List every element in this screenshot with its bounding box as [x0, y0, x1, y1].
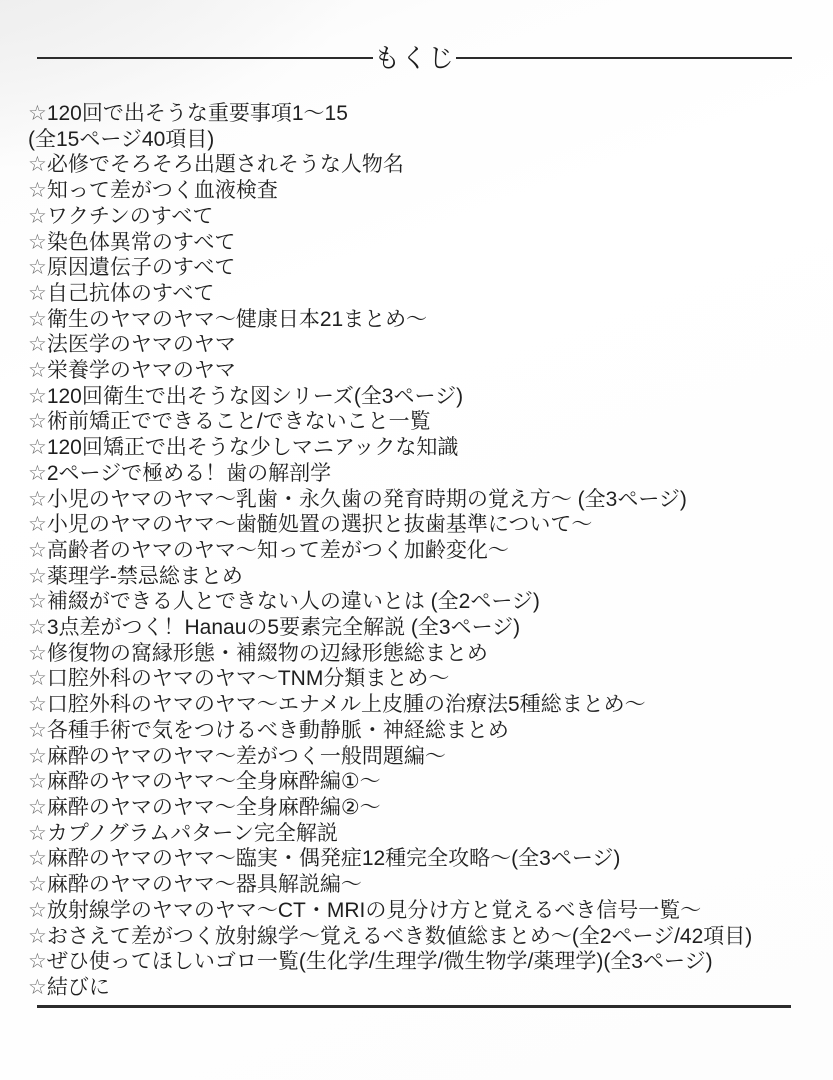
toc-item: ☆自己抗体のすべて	[28, 281, 823, 307]
star-icon: ☆	[28, 333, 47, 356]
toc-item: ☆おさえて差がつく放射線学〜覚えるべき数値総まとめ〜(全2ページ/42項目)	[28, 924, 823, 950]
toc-item-text: 染色体異常のすべて	[47, 231, 236, 254]
toc-item: ☆結びに	[28, 975, 823, 1001]
toc-item-text: 口腔外科のヤマのヤマ〜エナメル上皮腫の治療法5種総まとめ〜	[47, 693, 646, 716]
star-icon: ☆	[28, 308, 47, 331]
toc-item: ☆知って差がつく血液検査	[28, 178, 823, 204]
toc-item-text: 120回矯正で出そうな少しマニアックな知識	[47, 436, 459, 459]
toc-item-text: 放射線学のヤマのヤマ〜CT・MRIの見分け方と覚えるべき信号一覧〜	[47, 899, 701, 922]
star-icon: ☆	[28, 745, 47, 768]
star-icon: ☆	[28, 693, 47, 716]
toc-item: ☆120回衛生で出そうな図シリーズ(全3ページ)	[28, 384, 823, 410]
toc-item-text: 高齢者のヤマのヤマ〜知って差がつく加齢変化〜	[47, 539, 509, 562]
toc-item: ☆必修でそろそろ出題されそうな人物名	[28, 152, 823, 178]
toc-item: (全15ページ40項目)	[28, 127, 823, 153]
toc-item-text: 知って差がつく血液検査	[47, 179, 278, 202]
toc-item: ☆ぜひ使ってほしいゴロ一覧(生化学/生理学/微生物学/薬理学)(全3ページ)	[28, 949, 823, 975]
toc-item-text: 小児のヤマのヤマ〜乳歯・永久歯の発育時期の覚え方〜 (全3ページ)	[47, 488, 687, 511]
toc-item: ☆小児のヤマのヤマ〜歯髄処置の選択と抜歯基準について〜	[28, 512, 823, 538]
toc-item-text: ワクチンのすべて	[47, 205, 214, 228]
toc-item-text: 栄養学のヤマのヤマ	[47, 359, 236, 382]
toc-item-text: 小児のヤマのヤマ〜歯髄処置の選択と抜歯基準について〜	[47, 513, 593, 536]
toc-item: ☆麻酔のヤマのヤマ〜差がつく一般問題編〜	[28, 744, 823, 770]
toc-item: ☆麻酔のヤマのヤマ〜全身麻酔編②〜	[28, 795, 823, 821]
star-icon: ☆	[28, 796, 47, 819]
toc-item: ☆原因遺伝子のすべて	[28, 255, 823, 281]
toc-item-text: (全15ページ40項目)	[28, 128, 214, 151]
toc-item-text: 麻酔のヤマのヤマ〜臨実・偶発症12種完全攻略〜(全3ページ)	[47, 847, 621, 870]
star-icon: ☆	[28, 385, 47, 408]
toc-page: もくじ ☆120回で出そうな重要事項1〜15 (全15ページ40項目) ☆必修で…	[0, 0, 833, 1080]
toc-item-text: 自己抗体のすべて	[47, 282, 215, 305]
divider-line-left	[37, 57, 373, 59]
star-icon: ☆	[28, 256, 47, 279]
toc-item-text: 原因遺伝子のすべて	[47, 256, 236, 279]
star-icon: ☆	[28, 179, 47, 202]
toc-item: ☆麻酔のヤマのヤマ〜全身麻酔編①〜	[28, 769, 823, 795]
toc-item: ☆各種手術で気をつけるべき動静脈・神経総まとめ	[28, 718, 823, 744]
toc-item: ☆3点差がつく！Hanauの5要素完全解説 (全3ページ)	[28, 615, 823, 641]
toc-item: ☆衛生のヤマのヤマ〜健康日本21まとめ〜	[28, 307, 823, 333]
star-icon: ☆	[28, 153, 47, 176]
toc-item: ☆高齢者のヤマのヤマ〜知って差がつく加齢変化〜	[28, 538, 823, 564]
toc-item: ☆カプノグラムパターン完全解説	[28, 821, 823, 847]
toc-item-text: ぜひ使ってほしいゴロ一覧(生化学/生理学/微生物学/薬理学)(全3ページ)	[47, 950, 713, 973]
toc-item-text: おさえて差がつく放射線学〜覚えるべき数値総まとめ〜(全2ページ/42項目)	[47, 925, 752, 948]
toc-item-text: 修復物の窩縁形態・補綴物の辺縁形態総まとめ	[47, 642, 488, 665]
toc-item-text: 120回で出そうな重要事項1〜15	[47, 102, 348, 125]
star-icon: ☆	[28, 539, 47, 562]
toc-item: ☆120回で出そうな重要事項1〜15	[28, 101, 823, 127]
toc-item-text: カプノグラムパターン完全解説	[47, 822, 338, 845]
star-icon: ☆	[28, 616, 47, 639]
star-icon: ☆	[28, 899, 47, 922]
toc-item: ☆修復物の窩縁形態・補綴物の辺縁形態総まとめ	[28, 641, 823, 667]
header-divider: もくじ	[37, 44, 792, 72]
star-icon: ☆	[28, 282, 47, 305]
footer-divider	[37, 1005, 791, 1008]
star-icon: ☆	[28, 565, 47, 588]
toc-item: ☆補綴ができる人とできない人の違いとは (全2ページ)	[28, 589, 823, 615]
toc-item: ☆小児のヤマのヤマ〜乳歯・永久歯の発育時期の覚え方〜 (全3ページ)	[28, 487, 823, 513]
toc-item: ☆放射線学のヤマのヤマ〜CT・MRIの見分け方と覚えるべき信号一覧〜	[28, 898, 823, 924]
toc-item: ☆薬理学-禁忌総まとめ	[28, 564, 823, 590]
toc-item-text: 必修でそろそろ出題されそうな人物名	[47, 153, 404, 176]
star-icon: ☆	[28, 205, 47, 228]
toc-item-text: 薬理学-禁忌総まとめ	[47, 565, 243, 588]
toc-item: ☆2ページで極める！歯の解剖学	[28, 461, 823, 487]
divider-line-right	[456, 57, 792, 59]
toc-item: ☆麻酔のヤマのヤマ〜器具解説編〜	[28, 872, 823, 898]
toc-item-text: 補綴ができる人とできない人の違いとは (全2ページ)	[47, 590, 540, 613]
star-icon: ☆	[28, 976, 47, 999]
star-icon: ☆	[28, 590, 47, 613]
toc-item-text: 衛生のヤマのヤマ〜健康日本21まとめ〜	[47, 308, 427, 331]
toc-item-text: 口腔外科のヤマのヤマ〜TNM分類まとめ〜	[47, 667, 450, 690]
toc-item: ☆120回矯正で出そうな少しマニアックな知識	[28, 435, 823, 461]
star-icon: ☆	[28, 950, 47, 973]
toc-item-text: 麻酔のヤマのヤマ〜全身麻酔編②〜	[47, 796, 381, 819]
toc-item: ☆口腔外科のヤマのヤマ〜エナメル上皮腫の治療法5種総まとめ〜	[28, 692, 823, 718]
toc-item-text: 術前矯正でできること/できないこと一覧	[47, 410, 431, 433]
star-icon: ☆	[28, 462, 47, 485]
star-icon: ☆	[28, 667, 47, 690]
toc-item-text: 麻酔のヤマのヤマ〜全身麻酔編①〜	[47, 770, 381, 793]
toc-item-text: 120回衛生で出そうな図シリーズ(全3ページ)	[47, 385, 463, 408]
star-icon: ☆	[28, 719, 47, 742]
toc-item: ☆術前矯正でできること/できないこと一覧	[28, 409, 823, 435]
toc-list: ☆120回で出そうな重要事項1〜15 (全15ページ40項目) ☆必修でそろそろ…	[28, 101, 823, 1001]
star-icon: ☆	[28, 770, 47, 793]
toc-item: ☆法医学のヤマのヤマ	[28, 332, 823, 358]
star-icon: ☆	[28, 642, 47, 665]
star-icon: ☆	[28, 231, 47, 254]
toc-item: ☆口腔外科のヤマのヤマ〜TNM分類まとめ〜	[28, 666, 823, 692]
star-icon: ☆	[28, 436, 47, 459]
toc-item-text: 3点差がつく！Hanauの5要素完全解説 (全3ページ)	[47, 616, 520, 639]
toc-item: ☆麻酔のヤマのヤマ〜臨実・偶発症12種完全攻略〜(全3ページ)	[28, 846, 823, 872]
star-icon: ☆	[28, 847, 47, 870]
star-icon: ☆	[28, 822, 47, 845]
star-icon: ☆	[28, 488, 47, 511]
star-icon: ☆	[28, 410, 47, 433]
star-icon: ☆	[28, 513, 47, 536]
toc-item-text: 各種手術で気をつけるべき動静脈・神経総まとめ	[47, 719, 509, 742]
toc-item-text: 麻酔のヤマのヤマ〜器具解説編〜	[47, 873, 362, 896]
star-icon: ☆	[28, 359, 47, 382]
toc-item: ☆染色体異常のすべて	[28, 230, 823, 256]
toc-item-text: 麻酔のヤマのヤマ〜差がつく一般問題編〜	[47, 745, 446, 768]
toc-item-text: 結びに	[47, 976, 110, 999]
toc-item: ☆ワクチンのすべて	[28, 204, 823, 230]
toc-item: ☆栄養学のヤマのヤマ	[28, 358, 823, 384]
star-icon: ☆	[28, 102, 47, 125]
star-icon: ☆	[28, 925, 47, 948]
toc-item-text: 2ページで極める！歯の解剖学	[47, 462, 331, 485]
toc-item-text: 法医学のヤマのヤマ	[47, 333, 236, 356]
page-title: もくじ	[373, 44, 456, 72]
star-icon: ☆	[28, 873, 47, 896]
